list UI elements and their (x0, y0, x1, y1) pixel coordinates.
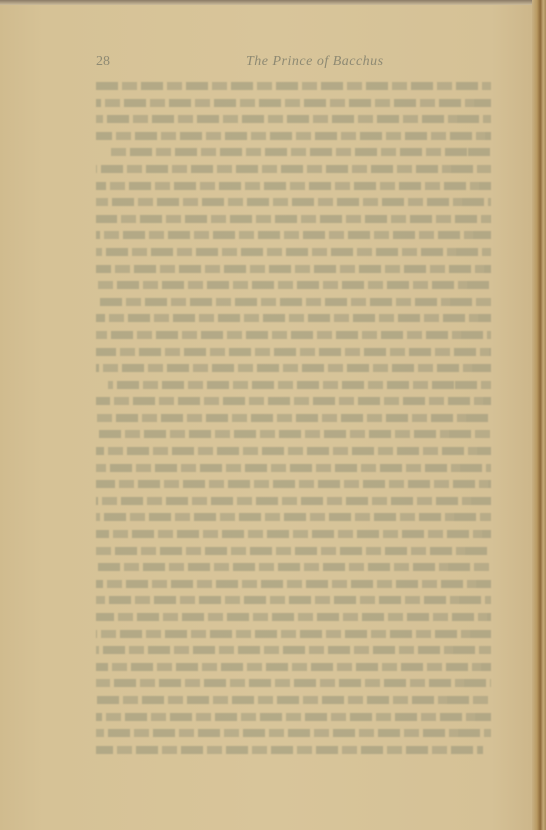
text-line (96, 210, 491, 227)
text-line (96, 542, 491, 559)
page-header: 28 The Prince of Bacchus (96, 54, 491, 72)
text-line (96, 608, 491, 625)
text-line (96, 143, 491, 160)
text-line (96, 343, 491, 360)
text-line (96, 425, 491, 442)
text-line (96, 127, 491, 144)
text-line (96, 508, 491, 525)
text-line (96, 409, 491, 426)
text-line (96, 674, 491, 691)
book-page: 28 The Prince of Bacchus (0, 0, 546, 830)
page-number: 28 (96, 54, 110, 70)
text-line (96, 658, 491, 675)
text-line (96, 591, 491, 608)
text-line (96, 475, 491, 492)
text-line (96, 193, 491, 210)
text-line (96, 260, 491, 277)
text-line (96, 442, 491, 459)
text-line (96, 641, 491, 658)
text-line (96, 293, 491, 310)
text-line (96, 392, 491, 409)
text-line (96, 525, 491, 542)
text-line (96, 110, 491, 127)
text-line (96, 741, 491, 758)
text-line (96, 177, 491, 194)
text-line (96, 625, 491, 642)
text-line (96, 326, 491, 343)
text-line (96, 226, 491, 243)
text-line (96, 575, 491, 592)
text-line (96, 94, 491, 111)
text-line (96, 160, 491, 177)
body-text-block (96, 77, 491, 757)
text-line (96, 359, 491, 376)
page-top-edge (0, 0, 546, 5)
book-fore-edge (532, 0, 546, 830)
text-line (96, 459, 491, 476)
text-line (96, 691, 491, 708)
text-line (96, 708, 491, 725)
text-line (96, 558, 491, 575)
text-line (96, 243, 491, 260)
text-line (96, 309, 491, 326)
text-line (96, 492, 491, 509)
text-line (96, 77, 491, 94)
text-line (96, 724, 491, 741)
text-line (96, 376, 491, 393)
text-line (96, 276, 491, 293)
running-header: The Prince of Bacchus (246, 54, 384, 70)
